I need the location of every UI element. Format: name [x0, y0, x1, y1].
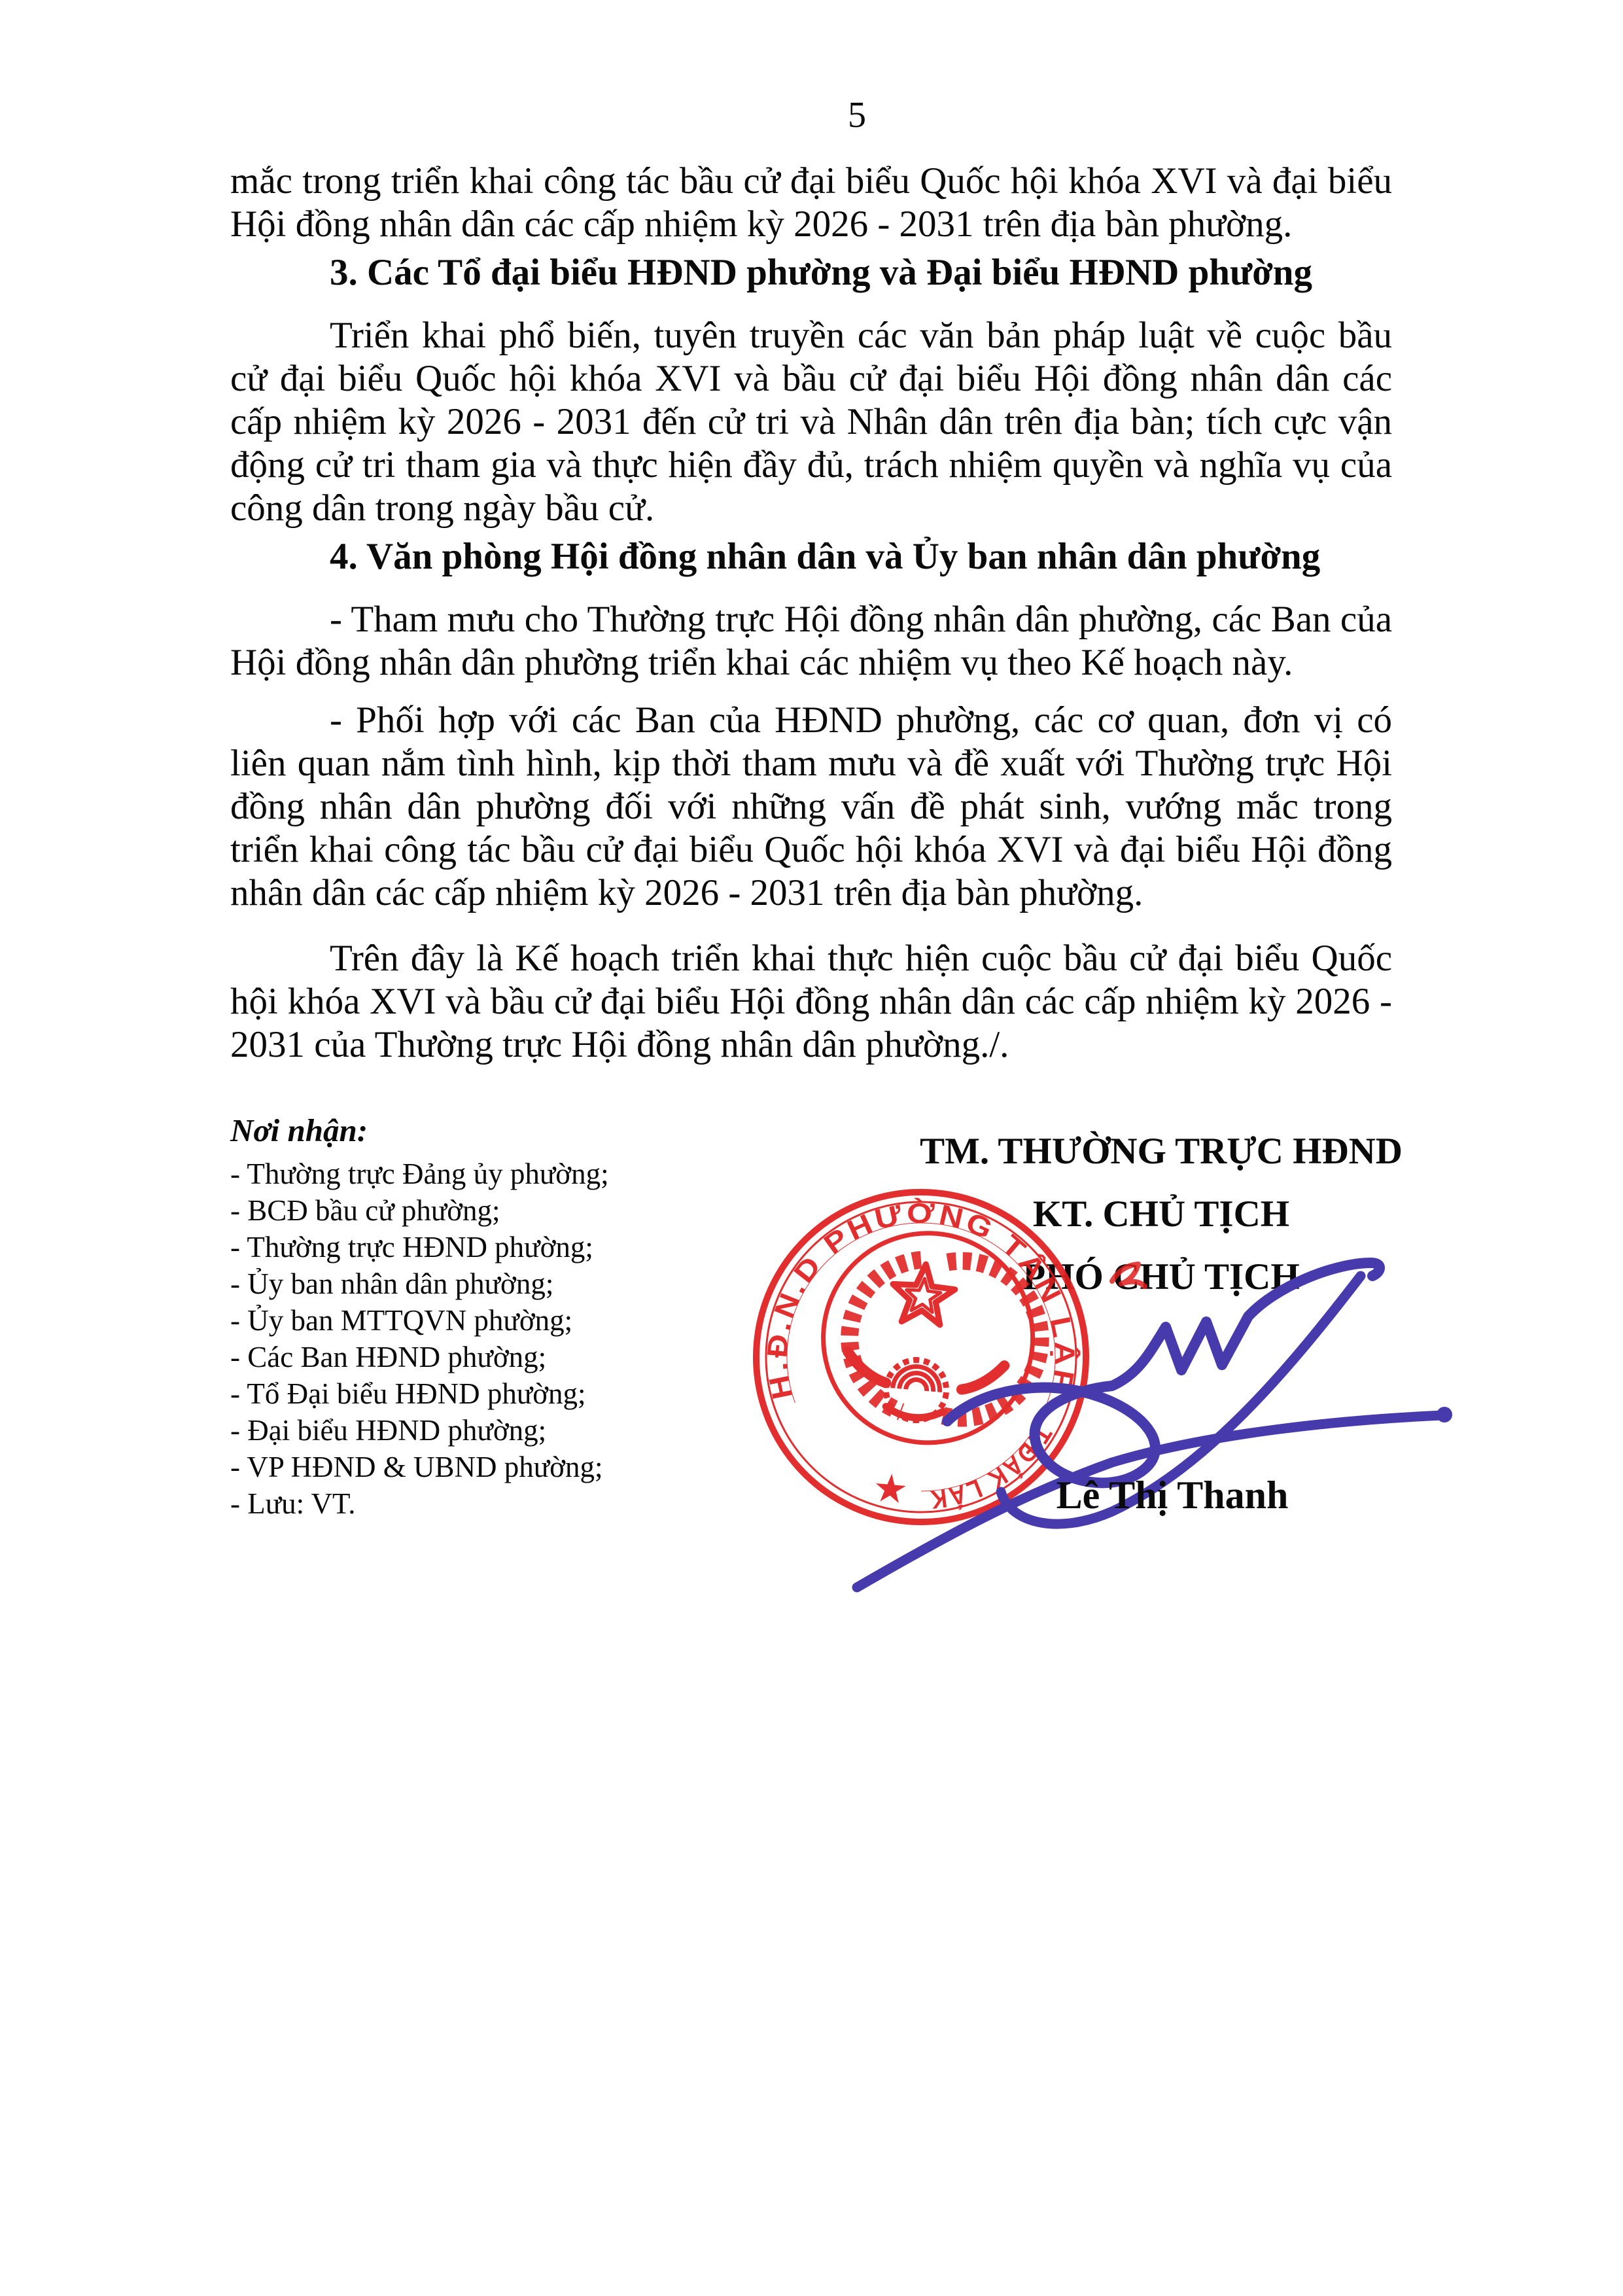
section-4-heading: 4. Văn phòng Hội đồng nhân dân và Ủy ban…	[230, 535, 1392, 578]
document-page: { "page": { "number": "5" }, "body": { "…	[0, 0, 1623, 2296]
section-4-paragraph-1: - Tham mưu cho Thường trực Hội đồng nhân…	[230, 598, 1392, 684]
section-3-heading: 3. Các Tổ đại biểu HĐND phường và Đại bi…	[230, 251, 1392, 294]
page-number: 5	[848, 96, 866, 135]
recipients-block: Nơi nhận: - Thường trực Đảng ủy phường; …	[230, 1112, 819, 1522]
closing-paragraph: Trên đây là Kế hoạch triển khai thực hiệ…	[230, 937, 1392, 1067]
recipient-item: - BCĐ bầu cử phường;	[230, 1192, 819, 1229]
recipients-label: Nơi nhận:	[230, 1112, 819, 1149]
section-4-paragraph-2: - Phối hợp với các Ban của HĐND phường, …	[230, 699, 1392, 915]
recipient-item: - Thường trực Đảng ủy phường;	[230, 1156, 819, 1192]
recipient-item: - VP HĐND & UBND phường;	[230, 1449, 819, 1485]
recipient-item: - Tổ Đại biểu HĐND phường;	[230, 1375, 819, 1412]
document-body: mắc trong triển khai công tác bầu cử đại…	[230, 160, 1392, 1067]
signature-ink-dot	[1437, 1407, 1452, 1422]
red-smudge	[1112, 1264, 1145, 1286]
section-3-paragraph: Triển khai phổ biến, tuyên truyền các vă…	[230, 314, 1392, 530]
recipient-item: - Thường trực HĐND phường;	[230, 1229, 819, 1265]
recipient-item: - Lưu: VT.	[230, 1485, 819, 1522]
recipients-list: - Thường trực Đảng ủy phường; - BCĐ bầu …	[230, 1156, 819, 1522]
recipient-item: - Các Ban HĐND phường;	[230, 1339, 819, 1375]
handwritten-signature	[837, 1243, 1478, 1610]
recipient-item: - Ủy ban MTTQVN phường;	[230, 1302, 819, 1339]
recipient-item: - Đại biểu HĐND phường;	[230, 1412, 819, 1449]
signer-name: Lê Thị Thanh	[911, 1472, 1434, 1518]
paragraph-continuation: mắc trong triển khai công tác bầu cử đại…	[230, 160, 1392, 246]
recipient-item: - Ủy ban nhân dân phường;	[230, 1265, 819, 1302]
